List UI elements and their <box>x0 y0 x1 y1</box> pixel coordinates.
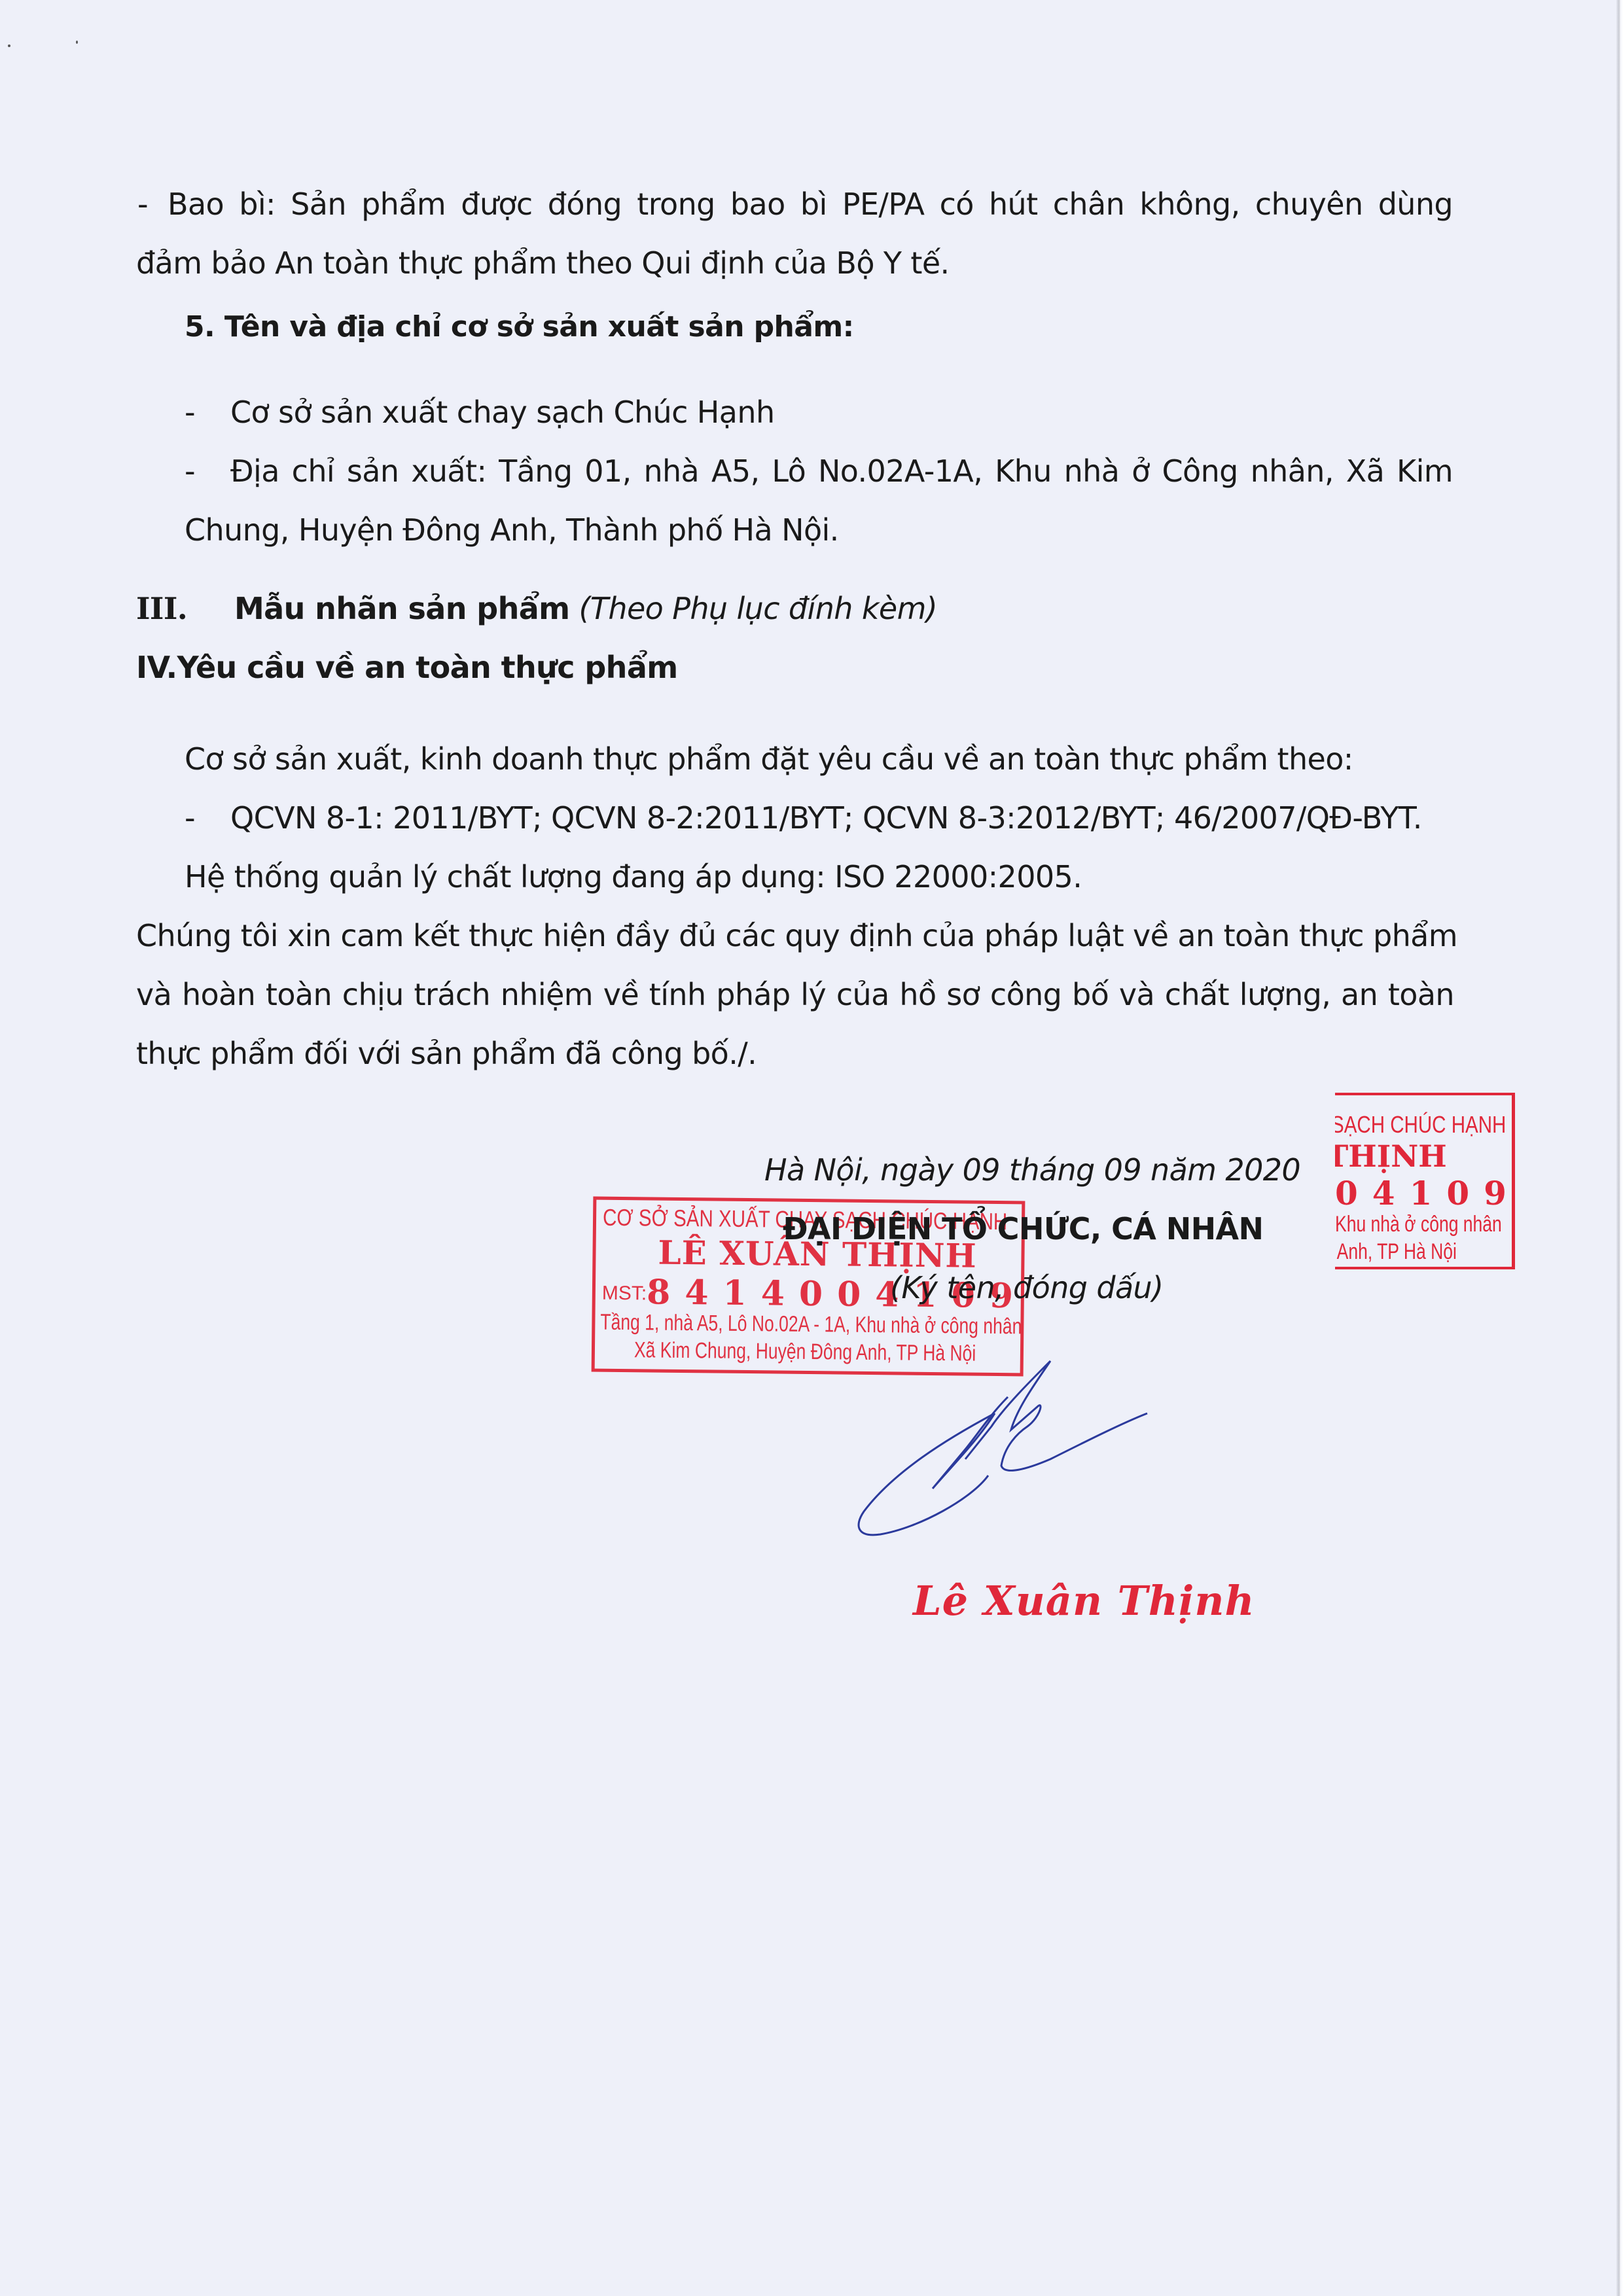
representative-title: ĐẠI DIỆN TỔ CHỨC, CÁ NHÂN <box>783 1209 1263 1248</box>
packaging-line-1: -Bao bì: Sản phẩm được đóng trong bao bì… <box>137 185 1453 224</box>
packaging-text: Bao bì: Sản phẩm được đóng trong bao bì … <box>168 186 1453 222</box>
section-note: (Theo Phụ lục đính kèm) <box>579 591 938 626</box>
section-number: III. <box>136 589 234 628</box>
company-stamp-partial: SẠCH CHÚC HẠNH THỊNH 04109 Khu nhà ở côn… <box>1335 1093 1515 1269</box>
section-3-heading: III.Mẫu nhãn sản phẩm (Theo Phụ lục đính… <box>136 589 937 628</box>
stamp-partial-address1: Khu nhà ở công nhân <box>1335 1212 1502 1237</box>
stamp-partial-number: 04109 <box>1335 1174 1515 1212</box>
bullet-dash: - <box>185 393 230 432</box>
bullet-dash: - <box>185 451 230 491</box>
section-title: Mẫu nhãn sản phẩm <box>234 591 570 626</box>
section-5-heading: 5. Tên và địa chỉ cơ sở sản xuất sản phẩ… <box>185 308 854 347</box>
scan-speck <box>8 44 10 47</box>
standards-text: QCVN 8-1: 2011/BYT; QCVN 8-2:2011/BYT; Q… <box>230 800 1422 836</box>
handwritten-signature <box>841 1335 1234 1544</box>
commitment-line-2: và hoàn toàn chịu trách nhiệm về tính ph… <box>136 975 1454 1014</box>
stamp-partial-line1: SẠCH CHÚC HẠNH <box>1335 1111 1506 1139</box>
packaging-line-2: đảm bảo An toàn thực phẩm theo Qui định … <box>136 243 950 283</box>
section-4-qms: Hệ thống quản lý chất lượng đang áp dụng… <box>185 857 1082 896</box>
scan-speck <box>76 41 78 44</box>
signer-name: Lê Xuân Thịnh <box>913 1577 1255 1625</box>
section-5-item-continuation: Chung, Huyện Đông Anh, Thành phố Hà Nội. <box>185 510 839 550</box>
bullet-dash: - <box>137 185 168 224</box>
item-text: Địa chỉ sản xuất: Tầng 01, nhà A5, Lô No… <box>230 453 1453 489</box>
section-4-standards: -QCVN 8-1: 2011/BYT; QCVN 8-2:2011/BYT; … <box>185 798 1422 838</box>
page-edge <box>1616 0 1623 2296</box>
section-5-item: -Cơ sở sản xuất chay sạch Chúc Hạnh <box>185 393 775 432</box>
stamp-partial-address2: g Anh, TP Hà Nội <box>1335 1239 1457 1265</box>
section-4-heading: IV.Yêu cầu về an toàn thực phẩm <box>136 648 678 687</box>
section-4-intro: Cơ sở sản xuất, kinh doanh thực phẩm đặt… <box>185 739 1353 779</box>
place-date: Hà Nội, ngày 09 tháng 09 năm 2020 <box>764 1150 1300 1190</box>
stamp-mst-label: MST: <box>602 1282 647 1305</box>
commitment-line-3: thực phẩm đối với sản phẩm đã công bố./. <box>136 1034 757 1073</box>
commitment-line-1: Chúng tôi xin cam kết thực hiện đầy đủ c… <box>136 916 1454 955</box>
bullet-dash: - <box>185 798 230 838</box>
sign-instruction: (Ký tên, đóng dấu) <box>890 1268 1163 1307</box>
stamp-partial-owner: THỊNH <box>1335 1139 1447 1174</box>
item-text: Cơ sở sản xuất chay sạch Chúc Hạnh <box>230 395 775 430</box>
section-5-item: -Địa chỉ sản xuất: Tầng 01, nhà A5, Lô N… <box>185 451 1453 491</box>
